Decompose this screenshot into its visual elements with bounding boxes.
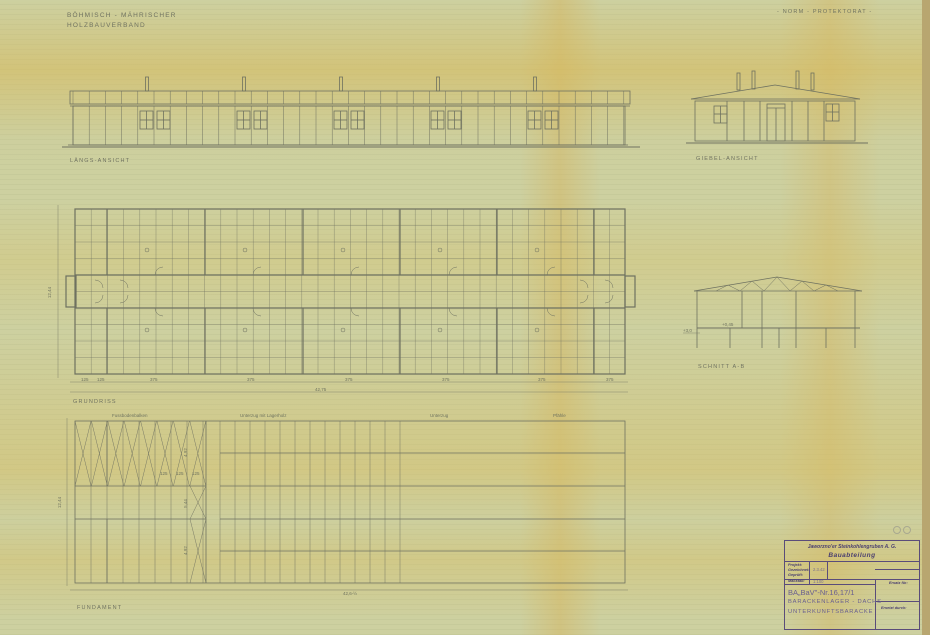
foundation-dim-3: 125 bbox=[192, 471, 200, 476]
foundation-overall-length: 42,6-½ bbox=[343, 591, 357, 596]
foundation-zone-joists: Fussbodenbalken bbox=[112, 413, 148, 418]
title-block-company: Jaworzno'er Steinkohlengruben A. G. bbox=[785, 544, 919, 550]
foundation-dim-2: 125 bbox=[176, 471, 184, 476]
foundation-dim-1: 125 bbox=[160, 471, 168, 476]
foundation-zone-beam: Unterzug bbox=[430, 413, 448, 418]
foundation-zone-piles: Pfähle bbox=[553, 413, 566, 418]
field-label-scale: Maßstab: bbox=[788, 579, 805, 583]
drawing-number: BA„BaV"-Nr.16,17/1 bbox=[788, 588, 854, 597]
field-label-project: Projekt: bbox=[788, 563, 802, 567]
archive-stamp-icon bbox=[903, 526, 911, 534]
archive-stamp-icon bbox=[893, 526, 901, 534]
foundation-dim-4: 4,92 bbox=[183, 448, 188, 457]
subject-line2: Unterkunftsbaracke bbox=[788, 609, 873, 615]
field-label-replaces: Ersatz für: bbox=[889, 581, 908, 585]
subject-line1: Baracken­lager - Dachs bbox=[788, 599, 882, 605]
foundation-overall-width: 12,44 bbox=[57, 497, 62, 508]
foundation-plan-label: Fundament bbox=[77, 605, 122, 611]
foundation-dim-5: 5,44 bbox=[183, 499, 188, 508]
foundation-zone-beam-sleeper: Unterzug mit Lagerholz bbox=[240, 413, 287, 418]
field-label-drawn: Gezeichnet: bbox=[788, 568, 810, 572]
title-block: Jaworzno'er Steinkohlengruben A. G. Baua… bbox=[784, 540, 920, 630]
field-value-drawn: 2.3.42 bbox=[813, 567, 825, 572]
field-value-scale: 1:100 bbox=[813, 579, 823, 584]
field-label-checked: Geprüft: bbox=[788, 573, 803, 577]
foundation-dim-6: 4,92 bbox=[183, 546, 188, 555]
title-block-department: Bauabteilung bbox=[785, 552, 919, 559]
field-label-replaced-by: Ersetzt durch: bbox=[881, 606, 907, 610]
